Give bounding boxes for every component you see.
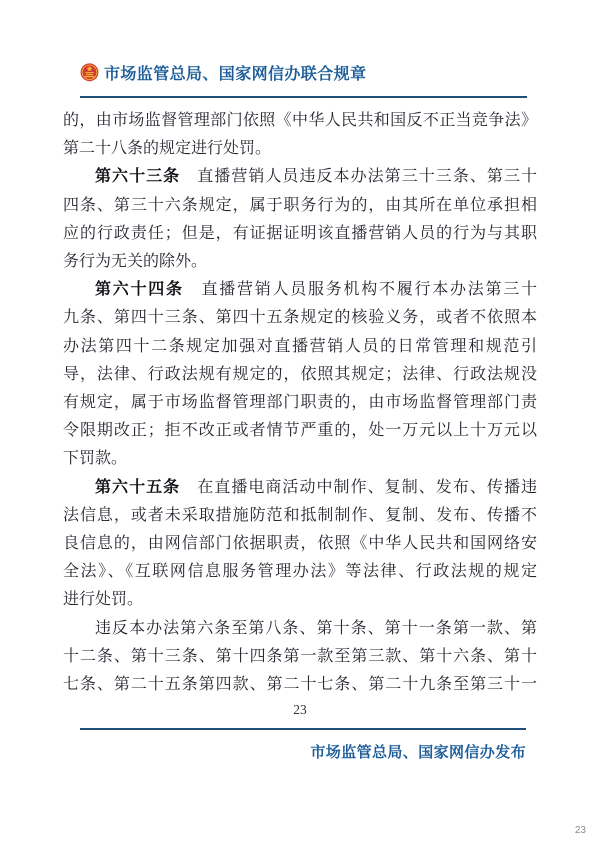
footer-rule <box>80 728 526 730</box>
text-line: 法信息，或者未采取措施防范和抵制制作、复制、发布、传播不 <box>63 502 537 530</box>
article-number: 第六十三条 <box>95 168 180 185</box>
text-line: 第二十八条的规定进行处罚。 <box>63 135 537 163</box>
text-line: 良信息的，由网信部门依据职责，依照《中华人民共和国网络安 <box>63 530 537 558</box>
article-number: 第六十四条 <box>95 281 184 298</box>
text-line: 第六十三条 直播营销人员违反本办法第三十三条、第三十 <box>63 163 537 191</box>
text-line: 第六十四条 直播营销人员服务机构不履行本办法第三十 <box>63 276 537 304</box>
text-line: 十二条、第十三条、第十四条第一款至第三款、第十六条、第十 <box>63 643 537 671</box>
header-title: 市场监管总局、国家网信办联合规章 <box>104 61 366 84</box>
text-line: 令限期改正；拒不改正或者情节严重的，处一万元以上十万元以 <box>63 417 537 445</box>
text-line: 七条、第二十五条第四款、第二十七条、第二十九条至第三十一 <box>63 671 537 699</box>
article-number: 第六十五条 <box>95 479 180 496</box>
page-header: 市场监管总局、国家网信办联合规章 <box>80 61 366 84</box>
text-line: 第六十五条 在直播电商活动中制作、复制、发布、传播违 <box>63 474 537 502</box>
document-body: 的，由市场监督管理部门依照《中华人民共和国反不正当竞争法》第二十八条的规定进行处… <box>63 107 537 699</box>
text-line: 下罚款。 <box>63 445 537 473</box>
national-emblem-icon <box>80 62 99 83</box>
text-line: 的，由市场监督管理部门依照《中华人民共和国反不正当竞争法》 <box>63 107 537 135</box>
text-line: 导，法律、行政法规有规定的，依照其规定；法律、行政法规没 <box>63 361 537 389</box>
text-line: 进行处罚。 <box>63 586 537 614</box>
text-line: 违反本办法第六条至第八条、第十条、第十一条第一款、第 <box>63 615 537 643</box>
footer-publisher: 市场监管总局、国家网信办发布 <box>310 741 526 762</box>
text-line: 应的行政责任；但是，有证据证明该直播营销人员的行为与其职 <box>63 220 537 248</box>
document-page: 市场监管总局、国家网信办联合规章 的，由市场监督管理部门依照《中华人民共和国反不… <box>0 0 600 849</box>
text-line: 务行为无关的除外。 <box>63 248 537 276</box>
text-line: 办法第四十二条规定加强对直播营销人员的日常管理和规范引 <box>63 333 537 361</box>
text-line: 有规定，属于市场监督管理部门职责的，由市场监督管理部门责 <box>63 389 537 417</box>
text-line: 九条、第四十三条、第四十五条规定的核验义务，或者不依照本 <box>63 304 537 332</box>
page-number: 23 <box>0 702 600 718</box>
text-line: 全法》、《互联网信息服务管理办法》等法律、行政法规的规定 <box>63 558 537 586</box>
header-rule <box>80 96 527 98</box>
corner-page-number: 23 <box>575 825 586 836</box>
text-line: 四条、第三十六条规定，属于职务行为的，由其所在单位承担相 <box>63 192 537 220</box>
